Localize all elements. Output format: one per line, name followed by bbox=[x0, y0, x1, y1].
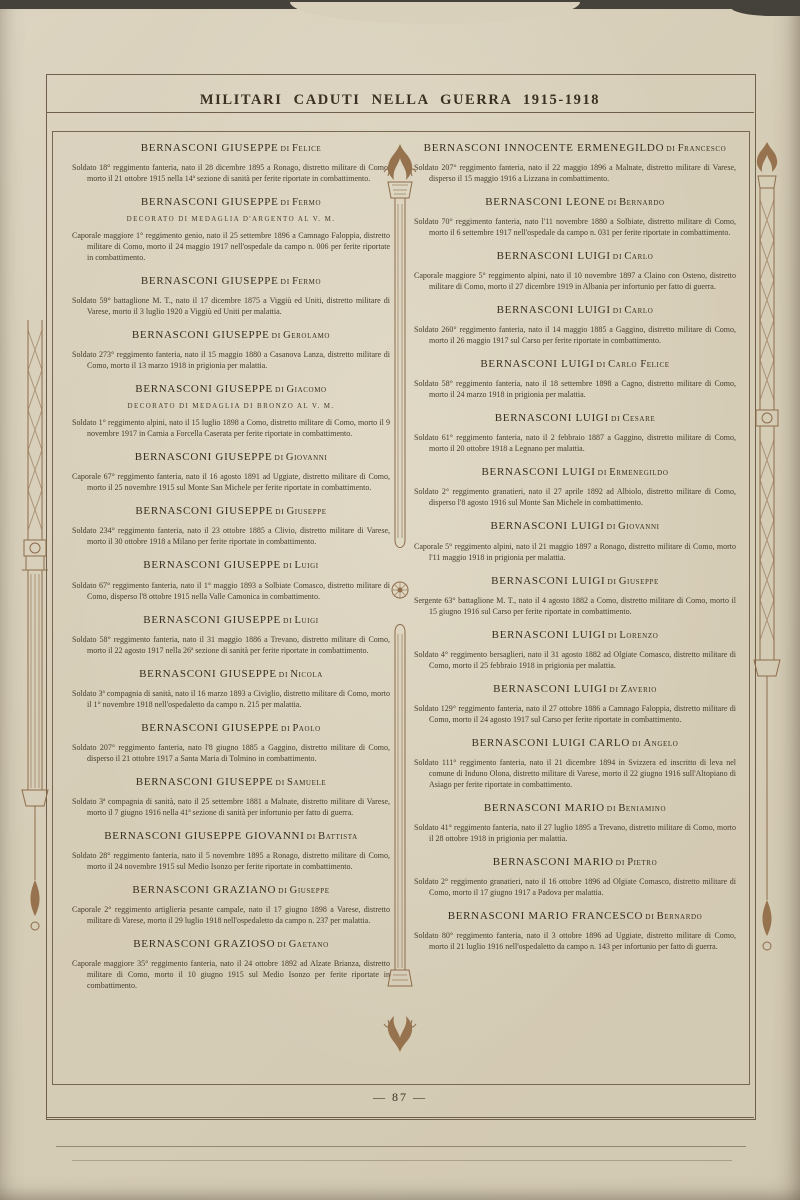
soldier-record: Soldato 58° reggimento fanteria, nato il… bbox=[72, 634, 390, 656]
di-connector: di bbox=[279, 277, 293, 286]
father-name: Carlo bbox=[624, 251, 653, 262]
di-connector: di bbox=[281, 561, 295, 570]
father-name: Gaetano bbox=[289, 939, 329, 950]
soldier-name: BERNASCONI GIUSEPPEdiGiacomo bbox=[72, 383, 390, 396]
soldier-entry: BERNASCONI GIUSEPPEdiGiuseppe Soldato 23… bbox=[72, 505, 390, 547]
father-name: Luigi bbox=[295, 615, 319, 626]
soldier-entry: BERNASCONI GIUSEPPEdiFermo Soldato 59° b… bbox=[72, 275, 390, 317]
soldier-entry: BERNASCONI MARIO FRANCESCOdiBernardo Sol… bbox=[414, 910, 736, 952]
soldier-name: BERNASCONI LUIGIdiCarlo Felice bbox=[414, 358, 736, 371]
father-name: Luigi bbox=[295, 560, 319, 571]
soldier-entry: BERNASCONI LUIGIdiCesare Soldato 61° reg… bbox=[414, 412, 736, 454]
father-name: Paolo bbox=[292, 723, 320, 734]
di-connector: di bbox=[279, 198, 293, 207]
di-connector: di bbox=[278, 144, 292, 153]
di-connector: di bbox=[605, 577, 619, 586]
father-name: Pietro bbox=[627, 857, 657, 868]
soldier-surname: BERNASCONI LUIGI bbox=[497, 304, 611, 316]
soldier-record: Soldato 61° reggimento fanteria, nato il… bbox=[414, 432, 736, 454]
soldier-record: Soldato 3ª compagnia di sanità, nato il … bbox=[72, 796, 390, 818]
soldier-name: BERNASCONI LUIGIdiGiovanni bbox=[414, 520, 736, 533]
soldier-record: Soldato 3ª compagnia di sanità, nato il … bbox=[72, 688, 390, 710]
soldier-entry: BERNASCONI GIUSEPPEdiGerolamo Soldato 27… bbox=[72, 329, 390, 371]
soldier-entry: BERNASCONI LUIGIdiGiuseppe Sergente 63° … bbox=[414, 575, 736, 617]
soldier-entry: BERNASCONI GRAZIOSOdiGaetano Caporale ma… bbox=[72, 938, 390, 991]
di-connector: di bbox=[270, 331, 284, 340]
soldier-entry: BERNASCONI LUIGIdiLorenzo Soldato 4° reg… bbox=[414, 629, 736, 671]
soldier-surname: BERNASCONI GIUSEPPE bbox=[141, 196, 279, 208]
soldier-record: Soldato 260° reggimento fanteria, nato i… bbox=[414, 324, 736, 346]
soldier-record: Soldato 80° reggimento fanteria, nato il… bbox=[414, 930, 736, 952]
page-stack-line bbox=[72, 1160, 732, 1161]
scan-paper-curve bbox=[290, 2, 580, 24]
father-name: Giacomo bbox=[287, 384, 327, 395]
soldier-name: BERNASCONI GIUSEPPEdiGiovanni bbox=[72, 451, 390, 464]
right-column: BERNASCONI INNOCENTE ERMENEGILDOdiFrance… bbox=[414, 142, 736, 1003]
page-stack-line bbox=[56, 1146, 746, 1147]
di-connector: di bbox=[605, 522, 619, 531]
soldier-surname: BERNASCONI MARIO FRANCESCO bbox=[448, 910, 643, 922]
soldier-entry: BERNASCONI LUIGIdiCarlo Felice Soldato 5… bbox=[414, 358, 736, 400]
soldier-record: Soldato 129° reggimento fanteria, nato i… bbox=[414, 703, 736, 725]
soldier-surname: BERNASCONI LUIGI bbox=[497, 250, 611, 262]
father-name: Lorenzo bbox=[619, 630, 658, 641]
scan-edge-corner bbox=[730, 0, 800, 16]
book-page: MILITARI CADUTI NELLA GUERRA 1915-1918 B… bbox=[0, 0, 800, 1200]
di-connector: di bbox=[611, 252, 625, 261]
di-connector: di bbox=[643, 912, 657, 921]
father-name: Bernardo bbox=[619, 197, 665, 208]
father-name: Carlo bbox=[624, 305, 653, 316]
soldier-name: BERNASCONI GIUSEPPEdiFermo bbox=[72, 275, 390, 288]
father-name: Giuseppe bbox=[290, 885, 330, 896]
soldier-surname: BERNASCONI LUIGI bbox=[490, 520, 604, 532]
di-connector: di bbox=[606, 631, 620, 640]
soldier-record: Soldato 59° battaglione M. T., nato il 1… bbox=[72, 295, 390, 317]
father-name: Fermo bbox=[292, 197, 321, 208]
soldier-name: BERNASCONI GIUSEPPEdiPaolo bbox=[72, 722, 390, 735]
soldier-entry: BERNASCONI LEONEdiBernardo Soldato 70° r… bbox=[414, 196, 736, 238]
father-name: Fermo bbox=[292, 276, 321, 287]
father-name: Carlo Felice bbox=[608, 359, 670, 370]
soldier-name: BERNASCONI LUIGI CARLOdiAngelo bbox=[414, 737, 736, 750]
title-rule bbox=[46, 112, 754, 113]
soldier-surname: BERNASCONI MARIO bbox=[493, 856, 614, 868]
di-connector: di bbox=[606, 198, 620, 207]
soldier-entry: BERNASCONI LUIGIdiErmenegildo Soldato 2°… bbox=[414, 466, 736, 508]
di-connector: di bbox=[611, 306, 625, 315]
father-name: Giovanni bbox=[286, 452, 327, 463]
soldier-surname: BERNASCONI GIUSEPPE bbox=[141, 142, 279, 154]
soldier-record: Soldato 1° reggimento alpini, nato il 15… bbox=[72, 417, 390, 439]
soldier-surname: BERNASCONI GIUSEPPE bbox=[135, 505, 273, 517]
di-connector: di bbox=[277, 670, 291, 679]
father-name: Cesare bbox=[622, 413, 655, 424]
father-name: Gerolamo bbox=[283, 330, 330, 341]
soldier-record: Soldato 273° reggimento fanteria, nato i… bbox=[72, 349, 390, 371]
soldier-name: BERNASCONI MARIOdiPietro bbox=[414, 856, 736, 869]
soldier-name: BERNASCONI LUIGIdiGiuseppe bbox=[414, 575, 736, 588]
di-connector: di bbox=[609, 414, 623, 423]
soldier-entry: BERNASCONI GIUSEPPE GIOVANNIdiBattista S… bbox=[72, 830, 390, 872]
soldier-entry: BERNASCONI LUIGIdiCarlo Soldato 260° reg… bbox=[414, 304, 736, 346]
soldier-name: BERNASCONI GIUSEPPEdiFelice bbox=[72, 142, 390, 155]
soldier-surname: BERNASCONI GRAZIOSO bbox=[133, 938, 275, 950]
soldier-record: Soldato 2° reggimento granatieri, nato i… bbox=[414, 876, 736, 898]
soldier-name: BERNASCONI GIUSEPPEdiGerolamo bbox=[72, 329, 390, 342]
soldier-surname: BERNASCONI GIUSEPPE bbox=[139, 668, 277, 680]
soldier-record: Soldato 67° reggimento fanteria, nato il… bbox=[72, 580, 390, 602]
di-connector: di bbox=[275, 940, 289, 949]
di-connector: di bbox=[614, 858, 628, 867]
soldier-surname: BERNASCONI LUIGI CARLO bbox=[472, 737, 630, 749]
soldier-surname: BERNASCONI LUIGI bbox=[492, 629, 606, 641]
di-connector: di bbox=[273, 507, 287, 516]
soldier-entry: BERNASCONI MARIOdiBeniamino Soldato 41° … bbox=[414, 802, 736, 844]
soldier-entry: BERNASCONI GIUSEPPEdiFermo DECORATO DI M… bbox=[72, 196, 390, 263]
soldier-record: Caporale maggiore 1° reggimento genio, n… bbox=[72, 230, 390, 263]
soldier-record: Soldato 4° reggimento bersaglieri, nato … bbox=[414, 649, 736, 671]
father-name: Felice bbox=[292, 143, 321, 154]
page-number: — 87 — bbox=[0, 1090, 800, 1105]
soldier-name: BERNASCONI GIUSEPPEdiLuigi bbox=[72, 614, 390, 627]
soldier-name: BERNASCONI GIUSEPPEdiSamuele bbox=[72, 776, 390, 789]
soldier-surname: BERNASCONI MARIO bbox=[484, 802, 605, 814]
medal-decoration: DECORATO DI MEDAGLIA DI BRONZO AL V. M. bbox=[72, 402, 390, 410]
soldier-entry: BERNASCONI GIUSEPPEdiSamuele Soldato 3ª … bbox=[72, 776, 390, 818]
soldier-name: BERNASCONI GIUSEPPEdiLuigi bbox=[72, 559, 390, 572]
soldier-entry: BERNASCONI GIUSEPPEdiFelice Soldato 18° … bbox=[72, 142, 390, 184]
soldier-surname: BERNASCONI GIUSEPPE bbox=[141, 722, 279, 734]
di-connector: di bbox=[281, 616, 295, 625]
soldier-name: BERNASCONI GIUSEPPEdiNicola bbox=[72, 668, 390, 681]
di-connector: di bbox=[279, 724, 293, 733]
soldier-surname: BERNASCONI GIUSEPPE bbox=[132, 329, 270, 341]
soldier-record: Soldato 58° reggimento fanteria, nato il… bbox=[414, 378, 736, 400]
soldier-name: BERNASCONI MARIOdiBeniamino bbox=[414, 802, 736, 815]
soldier-surname: BERNASCONI GIUSEPPE bbox=[135, 451, 273, 463]
soldier-entry: BERNASCONI GIUSEPPEdiGiovanni Caporale 6… bbox=[72, 451, 390, 493]
father-name: Nicola bbox=[290, 669, 323, 680]
soldier-name: BERNASCONI LUIGIdiLorenzo bbox=[414, 629, 736, 642]
father-name: Angelo bbox=[644, 738, 679, 749]
soldier-surname: BERNASCONI GIUSEPPE bbox=[143, 559, 281, 571]
di-connector: di bbox=[664, 144, 678, 153]
page-title: MILITARI CADUTI NELLA GUERRA 1915-1918 bbox=[60, 92, 740, 109]
soldier-entry: BERNASCONI GRAZIANOdiGiuseppe Caporale 2… bbox=[72, 884, 390, 926]
soldier-entry: BERNASCONI GIUSEPPEdiGiacomo DECORATO DI… bbox=[72, 383, 390, 439]
soldier-surname: BERNASCONI GIUSEPPE bbox=[143, 614, 281, 626]
soldier-entry: BERNASCONI MARIOdiPietro Soldato 2° regg… bbox=[414, 856, 736, 898]
medal-decoration: DECORATO DI MEDAGLIA D'ARGENTO AL V. M. bbox=[72, 215, 390, 223]
di-connector: di bbox=[630, 739, 644, 748]
soldier-record: Soldato 2° reggimento granatieri, nato i… bbox=[414, 486, 736, 508]
soldier-surname: BERNASCONI LUIGI bbox=[480, 358, 594, 370]
di-connector: di bbox=[605, 804, 619, 813]
soldier-record: Soldato 28° reggimento fanteria, nato il… bbox=[72, 850, 390, 872]
father-name: Zaverio bbox=[621, 684, 657, 695]
soldier-entry: BERNASCONI GIUSEPPEdiPaolo Soldato 207° … bbox=[72, 722, 390, 764]
soldier-entry: BERNASCONI LUIGIdiCarlo Caporale maggior… bbox=[414, 250, 736, 292]
father-name: Battista bbox=[318, 831, 358, 842]
soldier-name: BERNASCONI GIUSEPPEdiFermo bbox=[72, 196, 390, 209]
soldier-record: Soldato 111° reggimento fanteria, nato i… bbox=[414, 757, 736, 790]
soldier-surname: BERNASCONI LUIGI bbox=[495, 412, 609, 424]
soldier-record: Soldato 207° reggimento fanteria, nato l… bbox=[72, 742, 390, 764]
soldier-name: BERNASCONI MARIO FRANCESCOdiBernardo bbox=[414, 910, 736, 923]
footer-rule bbox=[46, 1117, 754, 1118]
soldier-record: Caporale 2° reggimento artiglieria pesan… bbox=[72, 904, 390, 926]
di-connector: di bbox=[276, 886, 290, 895]
soldier-entry: BERNASCONI GIUSEPPEdiLuigi Soldato 67° r… bbox=[72, 559, 390, 601]
soldier-name: BERNASCONI LUIGIdiCarlo bbox=[414, 250, 736, 263]
soldier-record: Sergente 63° battaglione M. T., nato il … bbox=[414, 595, 736, 617]
soldier-surname: BERNASCONI GIUSEPPE bbox=[136, 776, 274, 788]
soldier-surname: BERNASCONI LUIGI bbox=[493, 683, 607, 695]
di-connector: di bbox=[273, 385, 287, 394]
di-connector: di bbox=[595, 360, 609, 369]
father-name: Giuseppe bbox=[287, 506, 327, 517]
soldier-entry: BERNASCONI GIUSEPPEdiNicola Soldato 3ª c… bbox=[72, 668, 390, 710]
soldier-surname: BERNASCONI GIUSEPPE GIOVANNI bbox=[104, 830, 304, 842]
soldier-record: Soldato 207° reggimento fanteria, nato i… bbox=[414, 162, 736, 184]
soldier-entry: BERNASCONI INNOCENTE ERMENEGILDOdiFrance… bbox=[414, 142, 736, 184]
soldier-surname: BERNASCONI GIUSEPPE bbox=[135, 383, 273, 395]
soldier-record: Soldato 234° reggimento fanteria, nato i… bbox=[72, 525, 390, 547]
soldier-name: BERNASCONI LUIGIdiZaverio bbox=[414, 683, 736, 696]
di-connector: di bbox=[305, 832, 319, 841]
soldier-entry: BERNASCONI LUIGIdiZaverio Soldato 129° r… bbox=[414, 683, 736, 725]
father-name: Giovanni bbox=[618, 521, 659, 532]
soldier-name: BERNASCONI INNOCENTE ERMENEGILDOdiFrance… bbox=[414, 142, 736, 155]
soldier-record: Soldato 18° reggimento fanteria, nato il… bbox=[72, 162, 390, 184]
soldier-record: Soldato 41° reggimento fanteria, nato il… bbox=[414, 822, 736, 844]
soldier-name: BERNASCONI GIUSEPPE GIOVANNIdiBattista bbox=[72, 830, 390, 843]
soldier-entry: BERNASCONI LUIGI CARLOdiAngelo Soldato 1… bbox=[414, 737, 736, 790]
di-connector: di bbox=[607, 685, 621, 694]
soldier-record: Caporale maggiore 5° reggimento alpini, … bbox=[414, 270, 736, 292]
left-column: BERNASCONI GIUSEPPEdiFelice Soldato 18° … bbox=[72, 142, 390, 1003]
soldier-name: BERNASCONI GIUSEPPEdiGiuseppe bbox=[72, 505, 390, 518]
soldier-surname: BERNASCONI LEONE bbox=[485, 196, 605, 208]
soldier-entry: BERNASCONI GIUSEPPEdiLuigi Soldato 58° r… bbox=[72, 614, 390, 656]
soldier-name: BERNASCONI LUIGIdiErmenegildo bbox=[414, 466, 736, 479]
di-connector: di bbox=[272, 453, 286, 462]
father-name: Ermenegildo bbox=[609, 467, 668, 478]
soldier-record: Caporale 5° reggimento alpini, nato il 2… bbox=[414, 541, 736, 563]
soldier-surname: BERNASCONI GRAZIANO bbox=[132, 884, 276, 896]
father-name: Samuele bbox=[287, 777, 326, 788]
father-name: Giuseppe bbox=[619, 576, 659, 587]
father-name: Francesco bbox=[678, 143, 727, 154]
di-connector: di bbox=[596, 468, 610, 477]
soldier-surname: BERNASCONI INNOCENTE ERMENEGILDO bbox=[424, 142, 665, 154]
soldier-name: BERNASCONI LUIGIdiCesare bbox=[414, 412, 736, 425]
soldier-surname: BERNASCONI GIUSEPPE bbox=[141, 275, 279, 287]
di-connector: di bbox=[273, 778, 287, 787]
soldier-name: BERNASCONI GRAZIOSOdiGaetano bbox=[72, 938, 390, 951]
soldier-name: BERNASCONI GRAZIANOdiGiuseppe bbox=[72, 884, 390, 897]
soldier-surname: BERNASCONI LUIGI bbox=[482, 466, 596, 478]
soldier-record: Soldato 70° reggimento fanteria, nato l'… bbox=[414, 216, 736, 238]
soldier-name: BERNASCONI LEONEdiBernardo bbox=[414, 196, 736, 209]
soldier-entry: BERNASCONI LUIGIdiGiovanni Caporale 5° r… bbox=[414, 520, 736, 562]
soldier-record: Caporale 67° reggimento fanteria, nato i… bbox=[72, 471, 390, 493]
father-name: Bernardo bbox=[657, 911, 703, 922]
register-content: BERNASCONI GIUSEPPEdiFelice Soldato 18° … bbox=[72, 142, 736, 1003]
father-name: Beniamino bbox=[618, 803, 666, 814]
soldier-name: BERNASCONI LUIGIdiCarlo bbox=[414, 304, 736, 317]
soldier-surname: BERNASCONI LUIGI bbox=[491, 575, 605, 587]
soldier-record: Caporale maggiore 35° reggimento fanteri… bbox=[72, 958, 390, 991]
